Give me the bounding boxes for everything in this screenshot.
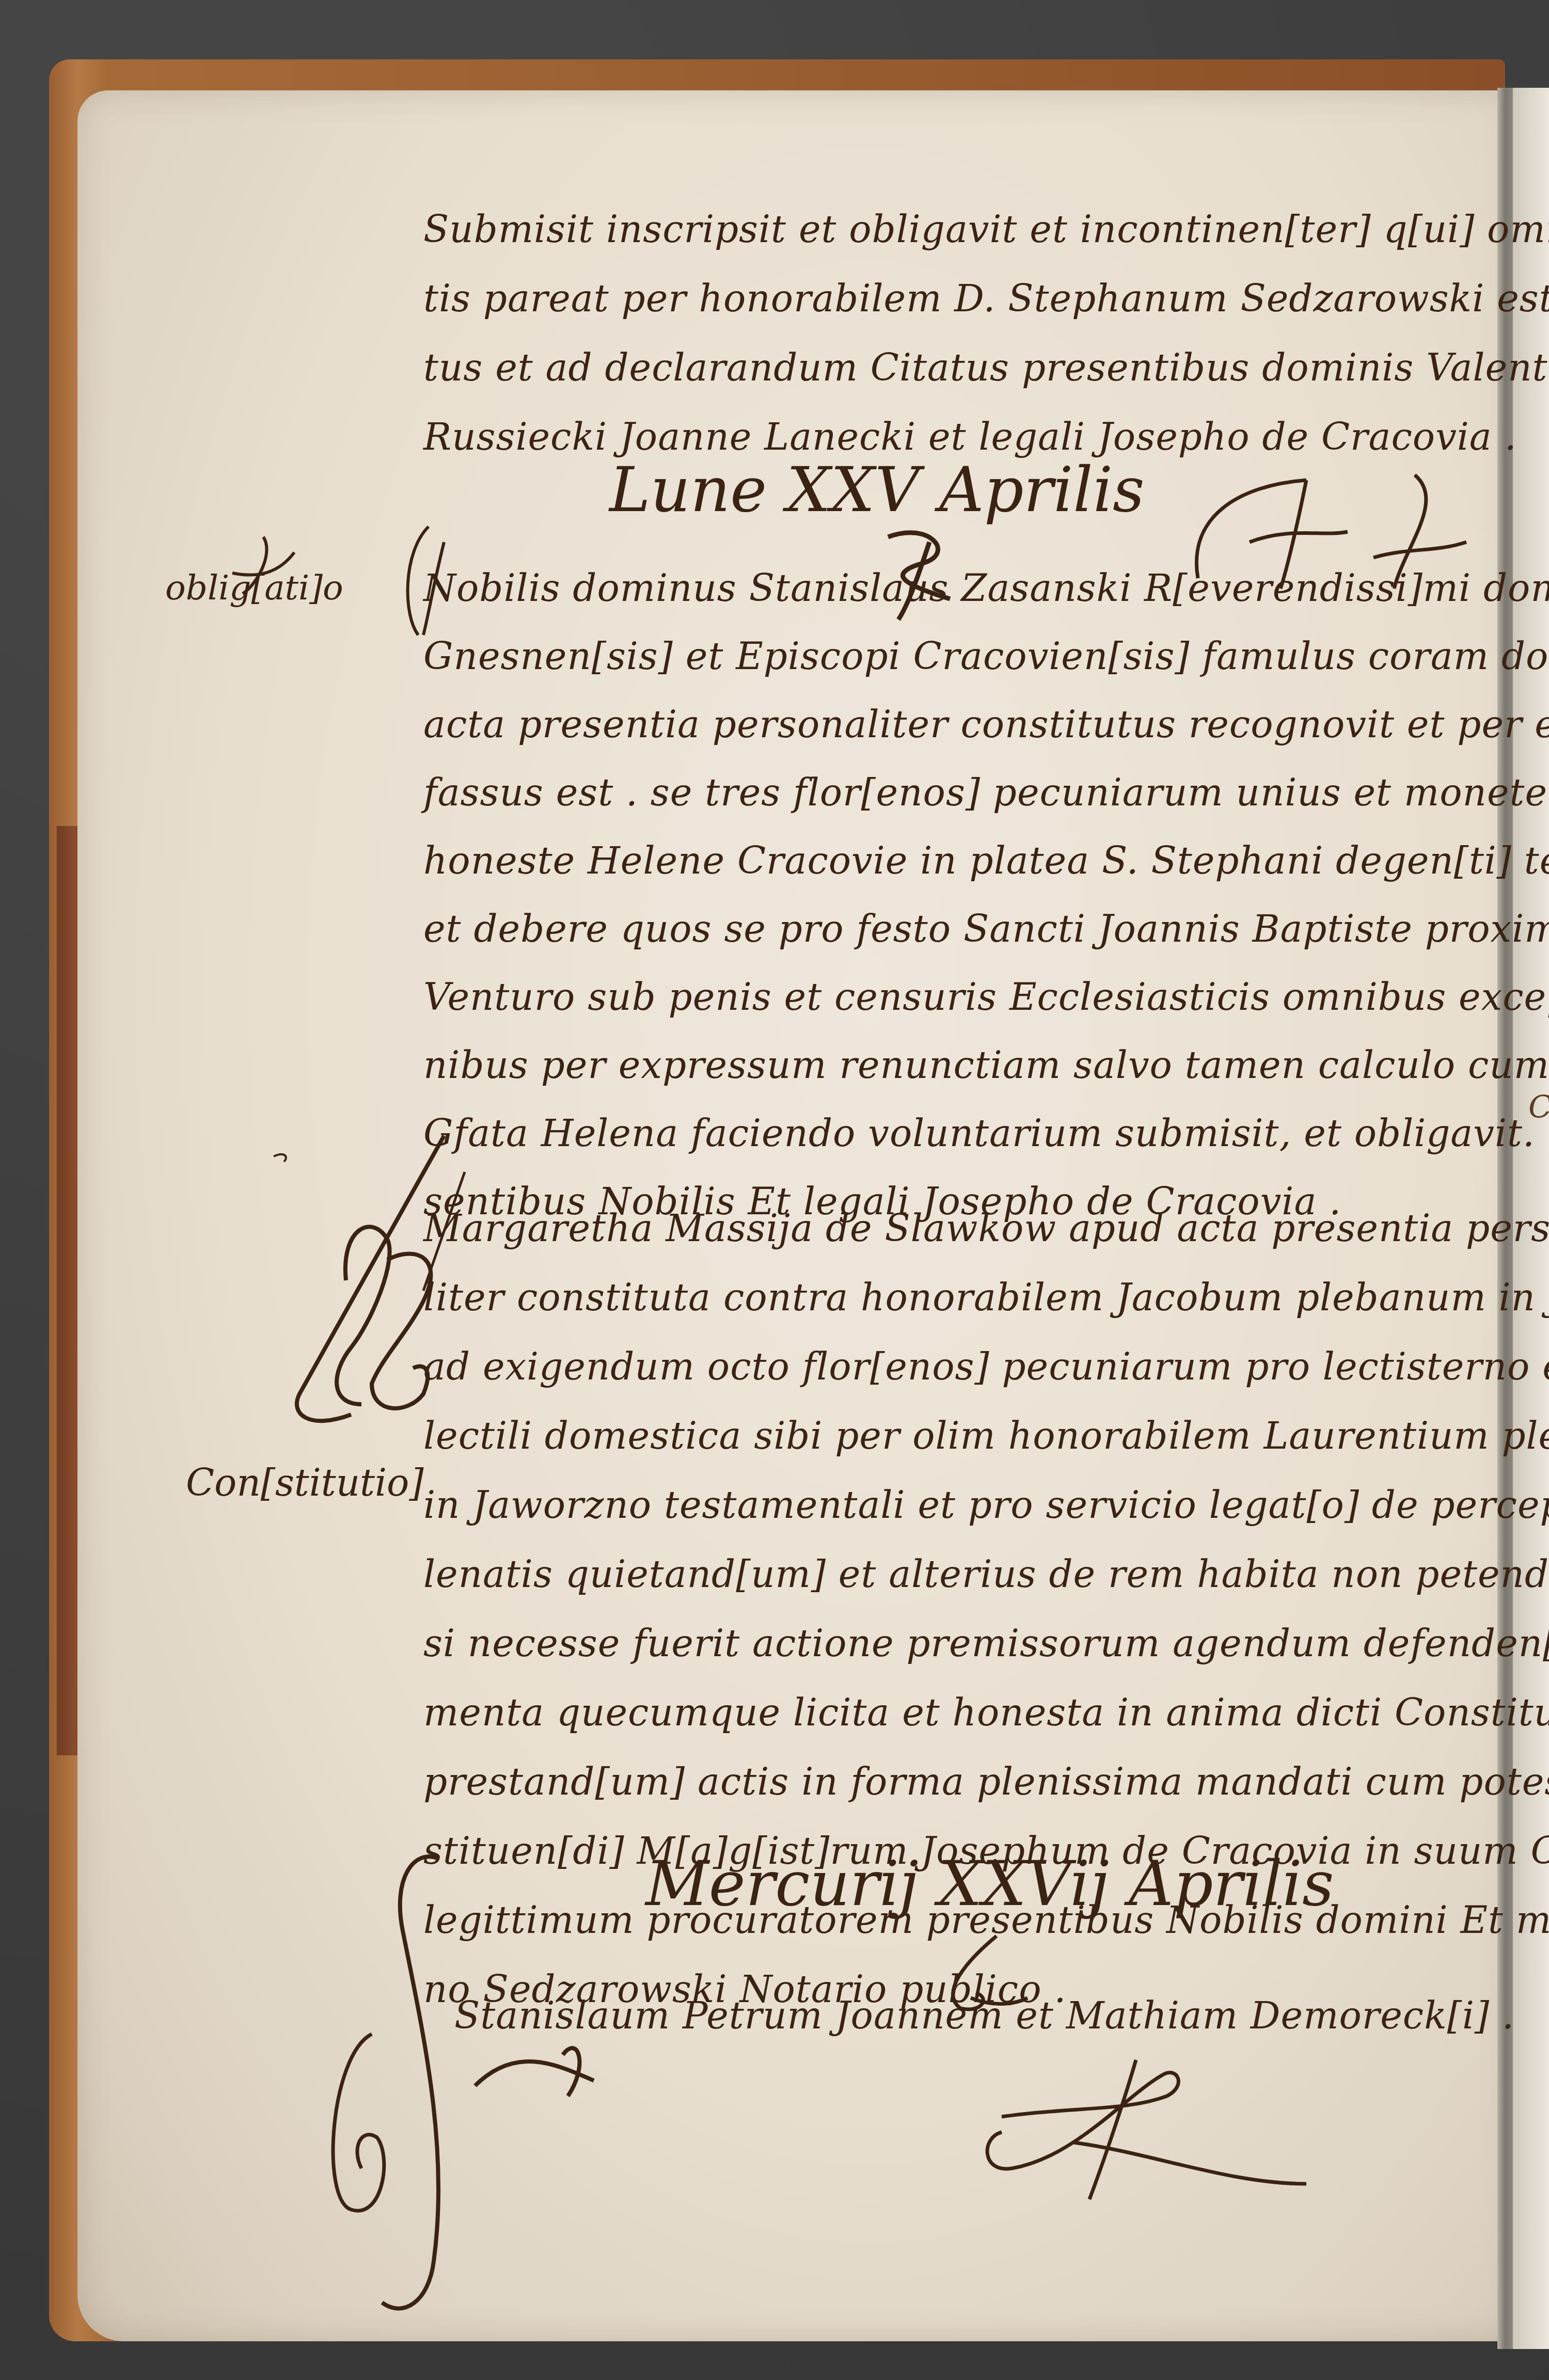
- entry-lune-paragraph: Nobilis dominus Stanislaus Zasanski R[ev…: [423, 563, 1466, 1227]
- date-heading-lune: Lune XXV Aprilis: [609, 454, 1145, 526]
- text-line: in Jaworzno testamentali et pro servicio…: [423, 1480, 1466, 1530]
- text-line: Margaretha Massija de Slawkow apud acta …: [423, 1203, 1466, 1254]
- text-line: fassus est . se tres flor[enos] pecuniar…: [423, 767, 1466, 818]
- closing-flourish: [971, 2055, 1332, 2210]
- text-line: ad exigendum octo flor[enos] pecuniarum …: [423, 1341, 1466, 1392]
- text-line: Nobilis dominus Stanislaus Zasanski R[ev…: [423, 563, 1466, 613]
- margin-note-constitutio: Con[stitutio]: [186, 1461, 424, 1504]
- text-line: Gfata Helena faciendo voluntarium submis…: [423, 1108, 1466, 1159]
- text-line: Submisit inscripsit et obligavit et inco…: [423, 204, 1466, 255]
- text-line: Stanislaum Petrum Joannem et Mathiam Dem…: [454, 1990, 1466, 2041]
- text-line: acta presentia personaliter constitutus …: [423, 699, 1466, 750]
- text-line: tus et ad declarandum Citatus presentibu…: [423, 342, 1466, 393]
- date-heading-mercurij: Mercurij XXVij Aprilis: [645, 1848, 1334, 1920]
- text-line: Gnesnen[sis] et Episcopi Cracovien[sis] …: [423, 631, 1466, 681]
- text-line: lenatis quietand[um] et alterius de rem …: [423, 1549, 1466, 1599]
- text-line: honeste Helene Cracovie in platea S. Ste…: [423, 835, 1466, 886]
- entry-mercurij-paragraph: Stanislaum Petrum Joannem et Mathiam Dem…: [454, 1990, 1466, 2041]
- continuation-paragraph: Submisit inscripsit et obligavit et inco…: [423, 204, 1466, 462]
- text-line: nibus per expressum renunctiam salvo tam…: [423, 1040, 1466, 1090]
- text-line: et debere quos se pro festo Sancti Joann…: [423, 903, 1466, 954]
- text-line: lectili domestica sibi per olim honorabi…: [423, 1410, 1466, 1461]
- text-line: menta quecumque licita et honesta in ani…: [423, 1687, 1466, 1738]
- margin-flourish: [227, 532, 305, 604]
- text-line: liter constituta contra honorabilem Jaco…: [423, 1272, 1466, 1323]
- text-line: prestand[um] actis in forma plenissima m…: [423, 1756, 1466, 1807]
- text-line: Venturo sub penis et censuris Ecclesiast…: [423, 972, 1466, 1022]
- initial-s-flourish: [320, 1838, 609, 2354]
- text-line: si necesse fuerit actione premissorum ag…: [423, 1618, 1466, 1669]
- binding-edge: [57, 826, 77, 1755]
- text-line: tis pareat per honorabilem D. Stephanum …: [423, 273, 1466, 324]
